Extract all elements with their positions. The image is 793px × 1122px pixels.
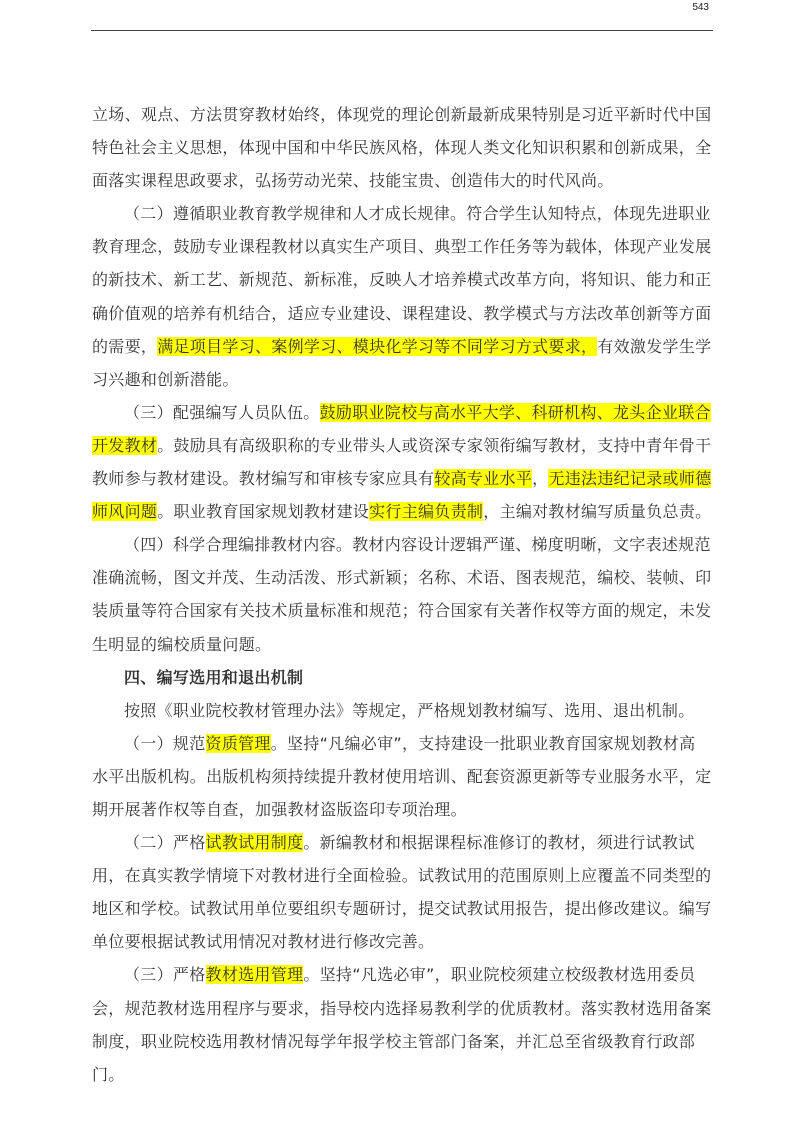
text-line: 准确流畅，图文并茂、生动活泼、形式新颖；名称、术语、图表规范，编校、装帧、印 (92, 561, 712, 594)
document-body: 立场、观点、方法贯穿教材始终，体现党的理论创新最新成果特别是习近平新时代中国特色… (92, 98, 712, 1091)
text-segment: （四）科学合理编排教材内容。教材内容设计逻辑严谨、梯度明晰，文字表述规范 (124, 535, 711, 554)
text-segment: 门。 (92, 1065, 125, 1084)
text-segment: 确价值观的培养有机结合，适应专业建设、课程建设、教学模式与方法改革创新等方面 (92, 304, 711, 323)
text-line: （四）科学合理编排教材内容。教材内容设计逻辑严谨、梯度明晰，文字表述规范 (92, 528, 712, 561)
text-line: 面落实课程思政要求，弘扬劳动光荣、技能宝贵、创造伟大的时代风尚。 (92, 164, 712, 197)
text-segment: 立场、观点、方法贯穿教材始终，体现党的理论创新最新成果特别是习近平新时代中国 (92, 105, 711, 124)
text-segment: 会，规范教材选用程序与要求，指导校内选择易教利学的优质教材。落实教材选用备案 (92, 999, 711, 1018)
text-line: 制度，职业院校选用教材情况每学年报学校主管部门备案，并汇总至省级教育行政部 (92, 1025, 712, 1058)
text-line: 确价值观的培养有机结合，适应专业建设、课程建设、教学模式与方法改革创新等方面 (92, 297, 712, 330)
text-segment: 装质量等符合国家有关技术质量标准和规范；符合国家有关著作权等方面的规定，未发 (92, 601, 711, 620)
text-segment: 教育理念，鼓励专业课程教材以真实生产项目、典型工作任务等为载体，体现产业发展 (92, 237, 711, 256)
text-segment: 面落实课程思政要求，弘扬劳动光荣、技能宝贵、创造伟大的时代风尚。 (92, 171, 614, 190)
text-line: 教师参与教材建设。教材编写和审核专家应具有较高专业水平，无违法违纪记录或师德 (92, 462, 712, 495)
text-segment: 水平出版机构。出版机构须持续提升教材使用培训、配套资源更新等专业服务水平，定 (92, 767, 711, 786)
text-segment: 四、编写选用和退出机制 (124, 668, 303, 687)
text-line: （三）严格教材选用管理。坚持“凡选必审”，职业院校须建立校级教材选用委员 (92, 958, 712, 991)
text-line: 水平出版机构。出版机构须持续提升教材使用培训、配套资源更新等专业服务水平，定 (92, 760, 712, 793)
highlighted-text: 鼓励职业院校与高水平大学、科研机构、龙头企业联合 (320, 403, 711, 422)
text-segment: 习兴趣和创新潜能。 (92, 370, 239, 389)
text-segment: 。鼓励具有高级职称的专业带头人或资深专家领衔编写教材，支持中青年骨干 (157, 436, 711, 455)
text-segment: （三）严格 (124, 965, 206, 984)
text-line: 门。 (92, 1058, 712, 1091)
text-segment: （二）严格 (124, 833, 206, 852)
highlighted-text: 师风问题 (92, 502, 157, 521)
text-segment: （二）遵循职业教育教学规律和人才成长规律。符合学生认知特点，体现先进职业 (124, 204, 711, 223)
text-segment: 用，在真实教学情境下对教材进行全面检验。试教试用的范围原则上应覆盖不同类型的 (92, 866, 711, 885)
highlighted-text: 资质管理 (206, 734, 271, 753)
section-heading: 四、编写选用和退出机制 (92, 661, 712, 694)
text-segment: 制度，职业院校选用教材情况每学年报学校主管部门备案，并汇总至省级教育行政部 (92, 1032, 695, 1051)
highlighted-text: 满足项目学习、案例学习、模块化学习等不同学习方式要求， (157, 337, 597, 356)
text-segment: 期开展著作权等自查，加强教材盗版盗印专项治理。 (92, 800, 467, 819)
text-line: 教育理念，鼓励专业课程教材以真实生产项目、典型工作任务等为载体，体现产业发展 (92, 230, 712, 263)
text-line: 习兴趣和创新潜能。 (92, 363, 712, 396)
text-line: 生明显的编校质量问题。 (92, 628, 712, 661)
highlighted-text: 教材选用管理 (206, 965, 304, 984)
text-line: （一）规范资质管理。坚持“凡编必审”，支持建设一批职业教育国家规划教材高 (92, 727, 712, 760)
text-segment: ， (532, 469, 548, 488)
text-segment: 。职业教育国家规划教材建设 (157, 502, 369, 521)
text-segment: （三）配强编写人员队伍。 (124, 403, 320, 422)
highlighted-text: 无违法违纪记录或师德 (548, 469, 711, 488)
text-segment: （一）规范 (124, 734, 206, 753)
text-line: 的新技术、新工艺、新规范、新标准，反映人才培养模式改革方向，将知识、能力和正 (92, 263, 712, 296)
text-line: 地区和学校。试教试用单位要组织专题研讨，提交试教试用报告，提出修改建议。编写 (92, 892, 712, 925)
text-line: （二）遵循职业教育教学规律和人才成长规律。符合学生认知特点，体现先进职业 (92, 197, 712, 230)
text-line: 期开展著作权等自查，加强教材盗版盗印专项治理。 (92, 793, 712, 826)
text-segment: 教师参与教材建设。教材编写和审核专家应具有 (92, 469, 434, 488)
text-segment: ，主编对教材编写质量负总责。 (483, 502, 711, 521)
text-line: （三）配强编写人员队伍。鼓励职业院校与高水平大学、科研机构、龙头企业联合 (92, 396, 712, 429)
text-line: 单位要根据试教试用情况对教材进行修改完善。 (92, 925, 712, 958)
page-number: 543 (692, 2, 709, 13)
highlighted-text: 较高专业水平 (434, 469, 532, 488)
highlighted-text: 试教试用制度 (206, 833, 304, 852)
text-segment: 的新技术、新工艺、新规范、新标准，反映人才培养模式改革方向，将知识、能力和正 (92, 270, 711, 289)
text-line: 按照《职业院校教材管理办法》等规定，严格规划教材编写、选用、退出机制。 (92, 694, 712, 727)
text-line: （二）严格试教试用制度。新编教材和根据课程标准修订的教材，须进行试教试 (92, 826, 712, 859)
text-segment: 单位要根据试教试用情况对教材进行修改完善。 (92, 932, 434, 951)
text-segment: 。坚持“凡编必审”，支持建设一批职业教育国家规划教材高 (271, 734, 696, 753)
text-line: 的需要，满足项目学习、案例学习、模块化学习等不同学习方式要求，有效激发学生学 (92, 330, 712, 363)
text-segment: 有效激发学生学 (597, 337, 711, 356)
text-segment: 。新编教材和根据课程标准修订的教材，须进行试教试 (303, 833, 694, 852)
text-line: 用，在真实教学情境下对教材进行全面检验。试教试用的范围原则上应覆盖不同类型的 (92, 859, 712, 892)
text-line: 装质量等符合国家有关技术质量标准和规范；符合国家有关著作权等方面的规定，未发 (92, 594, 712, 627)
text-segment: 按照《职业院校教材管理办法》等规定，严格规划教材编写、选用、退出机制。 (124, 701, 695, 720)
text-line: 会，规范教材选用程序与要求，指导校内选择易教利学的优质教材。落实教材选用备案 (92, 992, 712, 1025)
text-segment: 准确流畅，图文并茂、生动活泼、形式新颖；名称、术语、图表规范，编校、装帧、印 (92, 568, 711, 587)
highlighted-text: 开发教材 (92, 436, 157, 455)
header-rule (91, 30, 713, 31)
text-segment: 生明显的编校质量问题。 (92, 635, 271, 654)
highlighted-text: 实行主编负责制 (369, 502, 483, 521)
text-line: 特色社会主义思想，体现中国和中华民族风格，体现人类文化知识积累和创新成果，全 (92, 131, 712, 164)
text-segment: 。坚持“凡选必审”，职业院校须建立校级教材选用委员 (303, 965, 695, 984)
text-segment: 特色社会主义思想，体现中国和中华民族风格，体现人类文化知识积累和创新成果，全 (92, 138, 711, 157)
text-line: 师风问题。职业教育国家规划教材建设实行主编负责制，主编对教材编写质量负总责。 (92, 495, 712, 528)
text-line: 立场、观点、方法贯穿教材始终，体现党的理论创新最新成果特别是习近平新时代中国 (92, 98, 712, 131)
text-line: 开发教材。鼓励具有高级职称的专业带头人或资深专家领衔编写教材，支持中青年骨干 (92, 429, 712, 462)
text-segment: 的需要， (92, 337, 157, 356)
text-segment: 地区和学校。试教试用单位要组织专题研讨，提交试教试用报告，提出修改建议。编写 (92, 899, 711, 918)
